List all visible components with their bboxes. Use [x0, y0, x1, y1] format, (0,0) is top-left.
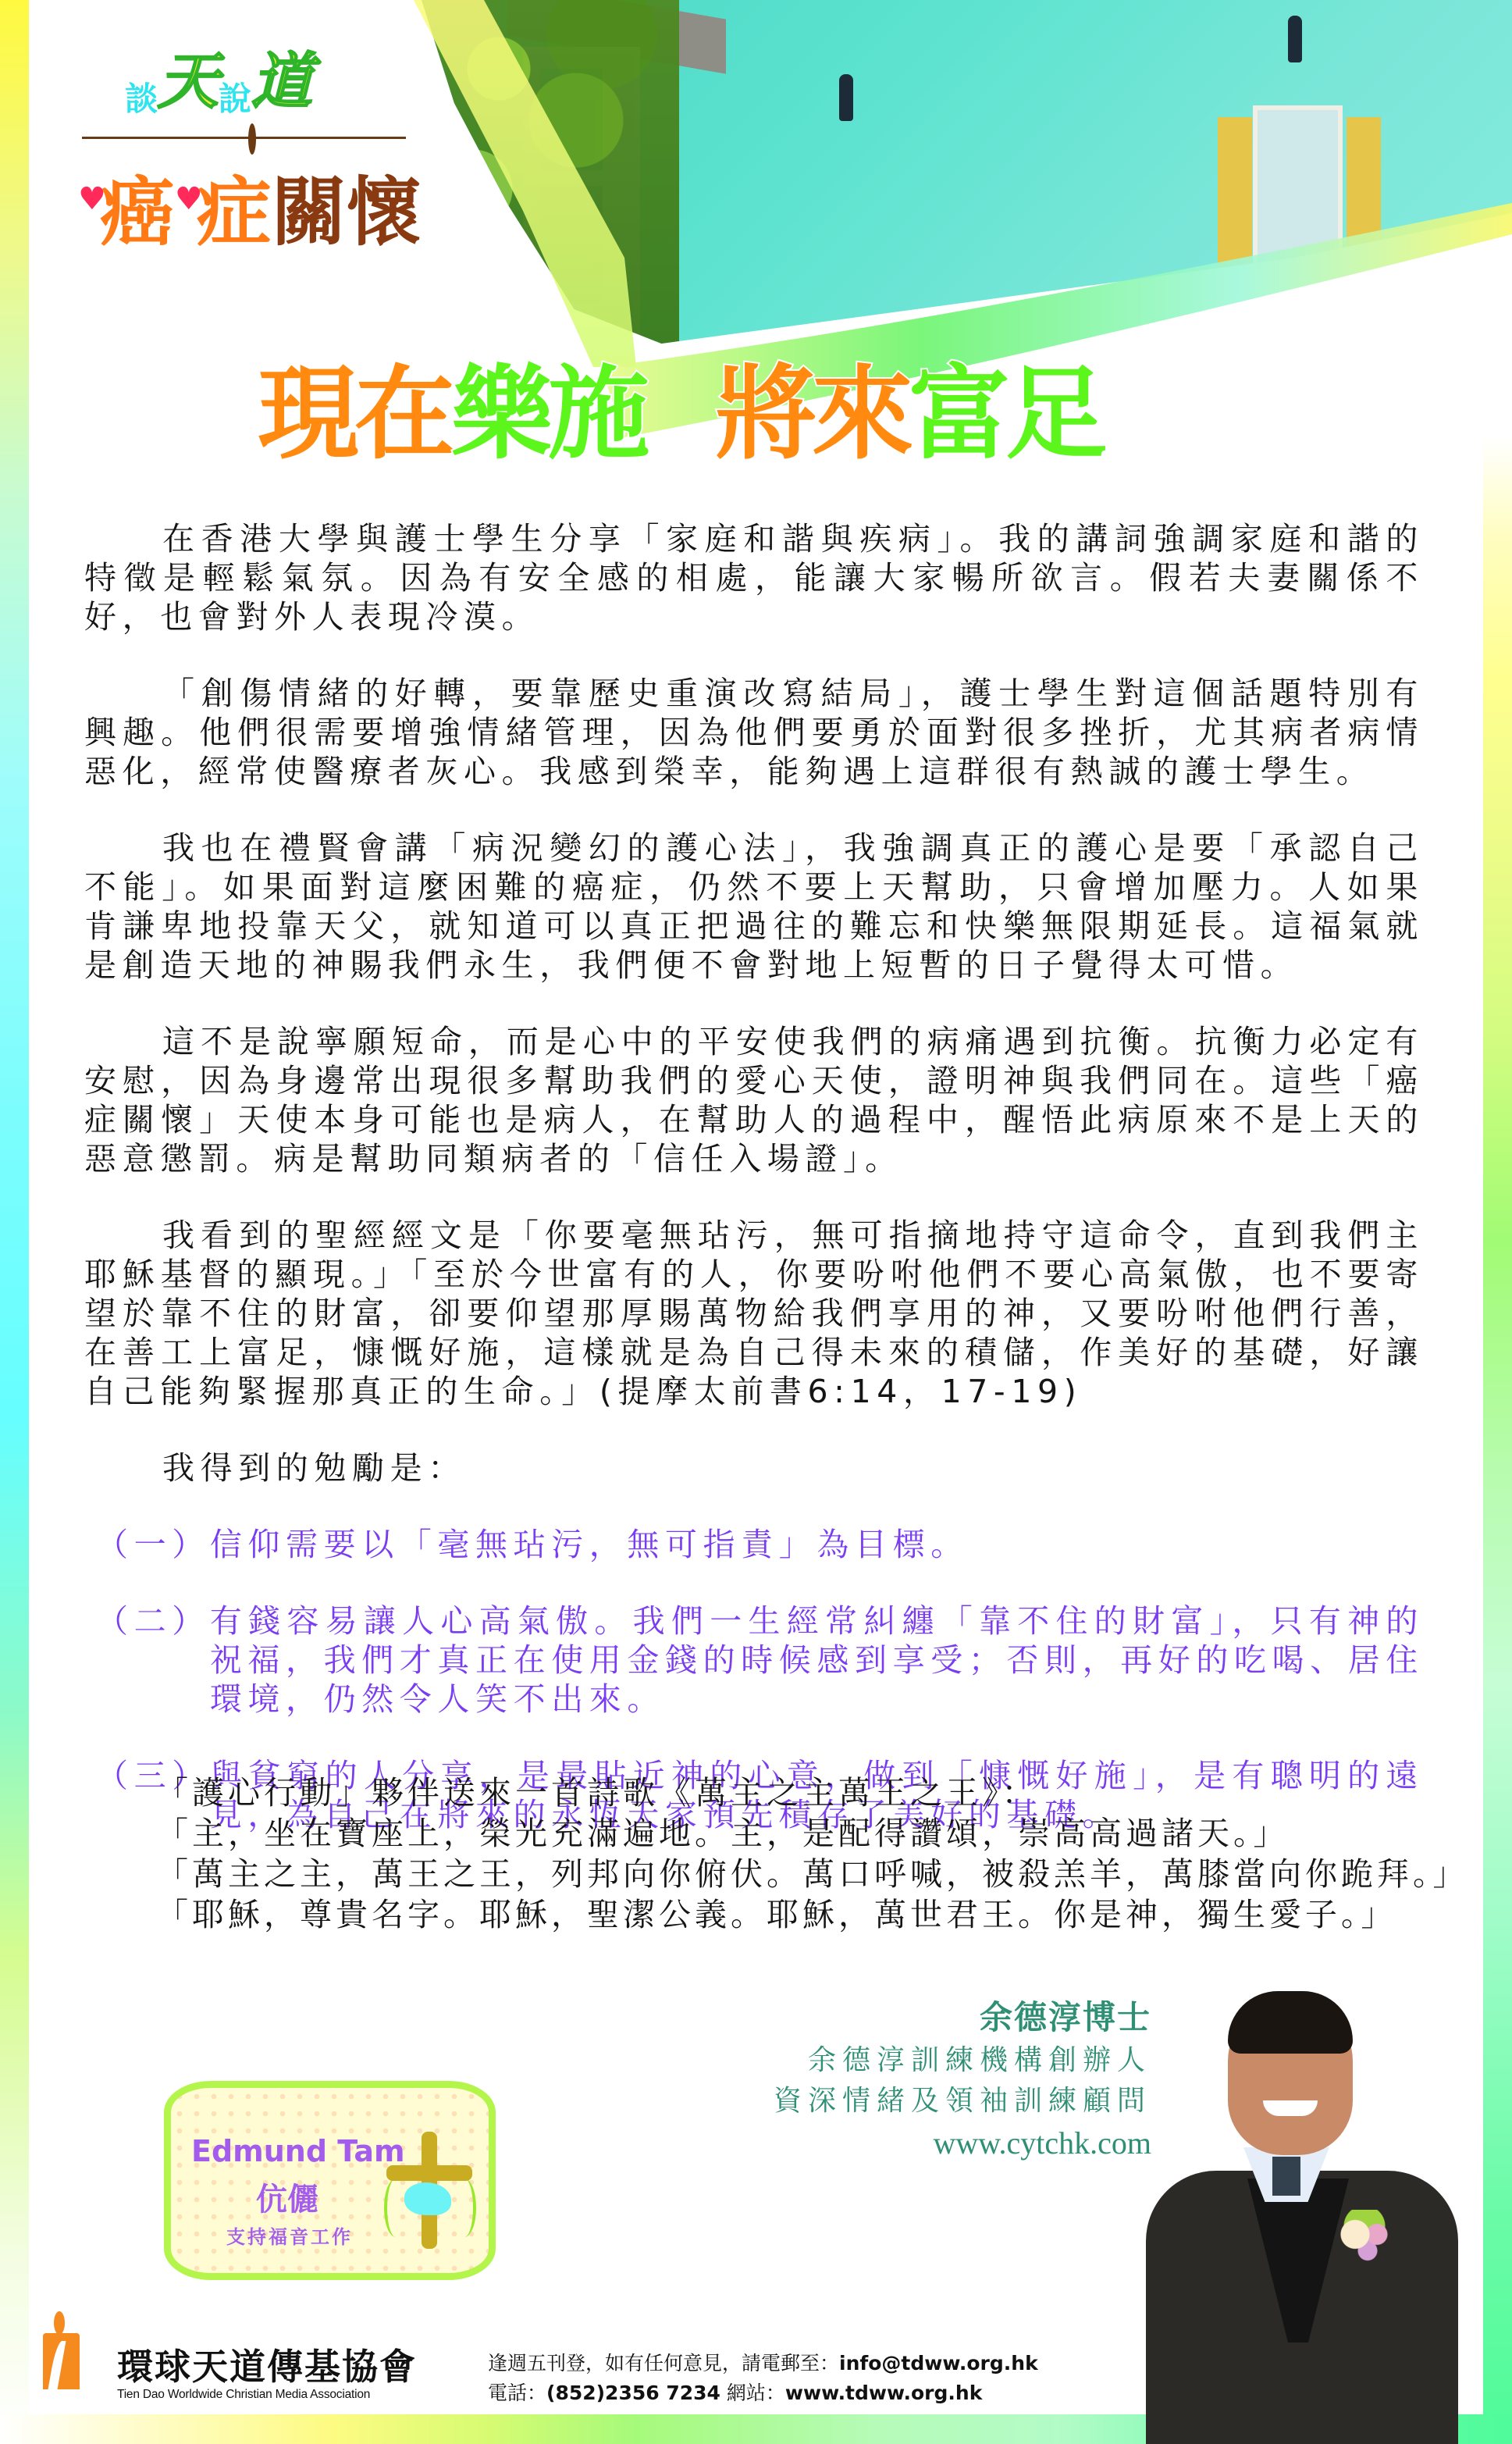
footer-contact: 逢週五刊登，如有任何意見，請電郵至：info@tdww.org.hk 電話：(8… [488, 2349, 1038, 2408]
website-label: 網站： [720, 2382, 785, 2404]
column-name-char: 癌 [100, 175, 175, 250]
header-photo [422, 0, 1512, 344]
photo-shutter [1218, 117, 1252, 297]
point-text: 信仰需要以「毫無玷污，無可指責」為目標。 [210, 1525, 1424, 1564]
author-title: 資深情緒及領袖訓練顧問 [749, 2081, 1151, 2122]
photo-tree [422, 0, 679, 344]
paragraph: 「創傷情緒的好轉，要靠歷史重演改寫結局」，護士學生對這個話題特別有興趣。他們很需… [84, 674, 1424, 791]
phone-number: (852)2356 7234 [546, 2382, 720, 2404]
portrait-tie [1272, 2157, 1300, 2196]
title-part: 將來 [715, 363, 909, 465]
olive-branch-icon [384, 2179, 407, 2237]
author-block: 余德淳博士 余德淳訓練機構創辦人 資深情緒及領袖訓練顧問 www.cytchk.… [749, 1995, 1151, 2165]
title-part: 富足 [909, 363, 1102, 465]
series-char: 說 [219, 73, 251, 120]
phone-label: 電話： [488, 2382, 546, 2404]
paragraph: 這不是說寧願短命，而是心中的平安使我們的病痛遇到抗衡。抗衡力必定有安慰，因為身邊… [84, 1022, 1424, 1178]
point-number: （一） [96, 1525, 210, 1564]
author-title: 余德淳訓練機構創辦人 [749, 2040, 1151, 2081]
poem-block: 「護心行動」夥伴送來一首詩歌《萬主之主萬王之王》： 「主，坐在寶座上，榮光充滿遍… [156, 1772, 1374, 1935]
email-link[interactable]: info@tdww.org.hk [839, 2352, 1038, 2375]
sponsor-tagline: 支持福音工作 [226, 2221, 353, 2249]
photo-shutter [1347, 117, 1381, 297]
sponsor-name-zh: 伉儷 [256, 2175, 318, 2219]
column-name: ♥ 癌 ♥ 症 關 懷 [78, 148, 422, 250]
sponsor-badge: Edmund Tam 伉儷 支持福音工作 [164, 2081, 496, 2280]
author-name: 余德淳博士 [749, 1995, 1151, 2040]
lamp-icon [839, 74, 853, 121]
column-name-char: 關 [272, 175, 347, 250]
column-name-char: 懷 [347, 175, 422, 250]
cross-icon [386, 2165, 472, 2181]
portrait-smile [1263, 2100, 1318, 2116]
lamp-icon [1288, 16, 1302, 62]
paragraph: 我看到的聖經經文是「你要毫無玷污，無可指摘地持守這命令，直到我們主耶穌基督的顯現… [84, 1216, 1424, 1411]
poem-intro: 「護心行動」夥伴送來一首詩歌《萬主之主萬王之王》： [156, 1772, 1374, 1813]
encouragement-point: （一） 信仰需要以「毫無玷污，無可指責」為目標。 [96, 1525, 1424, 1564]
tdww-logo-icon [43, 2333, 80, 2389]
portrait-hair [1228, 1991, 1353, 2054]
title-part: 樂施 [451, 363, 645, 465]
corsage-icon [1333, 2210, 1396, 2264]
point-number: （二） [96, 1601, 210, 1719]
poem-line: 「耶穌，尊貴名字。耶穌，聖潔公義。耶穌，萬世君王。你是神，獨生愛子。」 [156, 1894, 1374, 1935]
encouragement-point: （二） 有錢容易讓人心高氣傲。我們一生經常糾纏「靠不住的財富」，只有神的祝福，我… [96, 1601, 1424, 1719]
footer-organization: 環球天道傳基協會 Tien Dao Worldwide Christian Me… [117, 2346, 417, 2403]
poem-line: 「萬主之主，萬王之王，列邦向你俯伏。萬口呼喊，被殺羔羊，萬膝當向你跪拜。」 [156, 1854, 1374, 1894]
photo-window [1253, 105, 1343, 285]
article-title: 現在 樂施 將來 富足 [258, 355, 1272, 472]
column-name-char: 症 [197, 175, 272, 250]
contact-line-email: 逢週五刊登，如有任何意見，請電郵至：info@tdww.org.hk [488, 2349, 1038, 2378]
logo-divider [82, 137, 406, 139]
author-website-link[interactable]: www.cytchk.com [749, 2122, 1151, 2165]
email-label: 逢週五刊登，如有任何意見，請電郵至： [488, 2352, 839, 2375]
left-gradient-border [0, 0, 29, 2444]
olive-branch-icon [453, 2179, 476, 2237]
article-body: 在香港大學與護士學生分享「家庭和諧與疾病」。我的講詞強調家庭和諧的特徵是輕鬆氣氛… [84, 519, 1424, 1872]
title-part: 現在 [258, 363, 451, 465]
sponsor-name-en: Edmund Tam [191, 2134, 405, 2168]
paragraph: 我得到的勉勵是： [84, 1448, 1424, 1487]
org-name-zh: 環球天道傳基協會 [117, 2346, 417, 2387]
paragraph: 在香港大學與護士學生分享「家庭和諧與疾病」。我的講詞強調家庭和諧的特徵是輕鬆氣氛… [84, 519, 1424, 636]
point-text: 有錢容易讓人心高氣傲。我們一生經常糾纏「靠不住的財富」，只有神的祝福，我們才真正… [210, 1601, 1424, 1719]
series-title: 談 天 說 道 [125, 34, 312, 120]
right-gradient-border [1483, 437, 1512, 2444]
series-char: 道 [251, 33, 312, 120]
series-char: 談 [125, 73, 158, 120]
contact-line-phone: 電話：(852)2356 7234 網站：www.tdww.org.hk [488, 2378, 1038, 2408]
paragraph: 我也在禮賢會講「病況變幻的護心法」，我強調真正的護心是要「承認自己不能」。如果面… [84, 828, 1424, 985]
dove-icon [404, 2182, 451, 2215]
series-char: 天 [158, 33, 219, 120]
poem-line: 「主，坐在寶座上，榮光充滿遍地。主，是配得讚頌，崇高高過諸天。」 [156, 1813, 1374, 1854]
column-logo: 談 天 說 道 ♥ 癌 ♥ 症 關 懷 [78, 31, 422, 258]
org-name-en: Tien Dao Worldwide Christian Media Assoc… [117, 2387, 417, 2403]
website-link[interactable]: www.tdww.org.hk [785, 2382, 982, 2404]
author-portrait [1146, 1976, 1458, 2444]
